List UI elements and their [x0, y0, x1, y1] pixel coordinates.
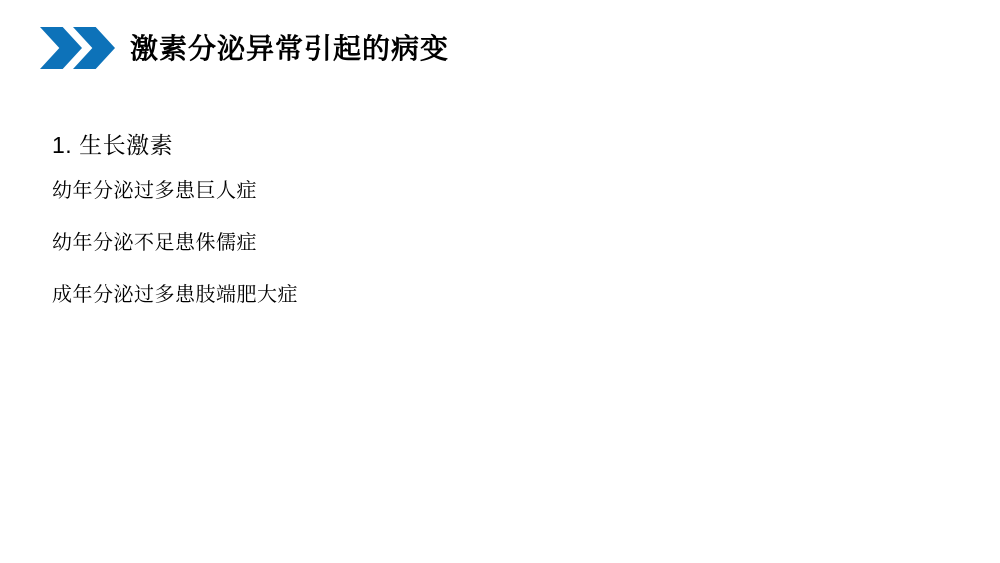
- body-line-gigantism: 幼年分泌过多患巨人症: [52, 178, 257, 204]
- section-heading-growth-hormone: 1. 生长激素: [52, 131, 173, 159]
- body-line-dwarfism: 幼年分泌不足患侏儒症: [52, 230, 257, 256]
- body-line-acromegaly: 成年分泌过多患肢端肥大症: [52, 282, 298, 308]
- presentation-slide: 激素分泌异常引起的病变 1. 生长激素 幼年分泌过多患巨人症 幼年分泌不足患侏儒…: [0, 0, 1000, 563]
- slide-body: 1. 生长激素 幼年分泌过多患巨人症 幼年分泌不足患侏儒症 成年分泌过多患肢端肥…: [0, 0, 1000, 563]
